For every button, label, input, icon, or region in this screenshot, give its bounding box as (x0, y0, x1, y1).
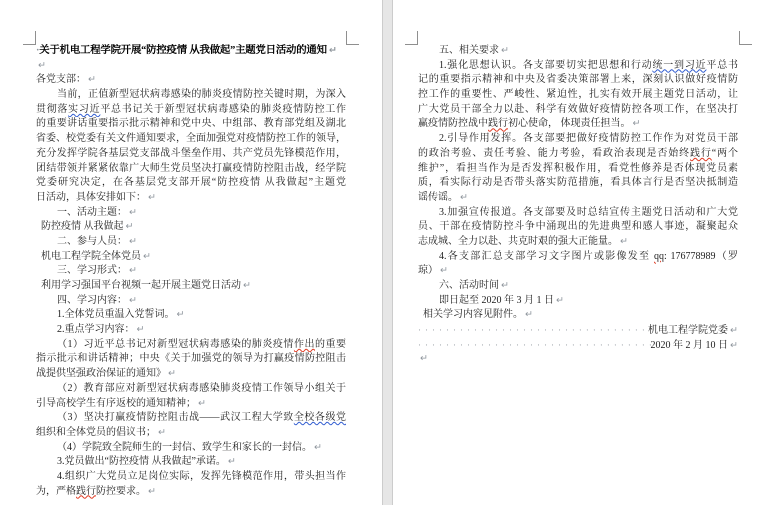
text-line: 指示批示和讲话精神；中央《关于加强党的领导为打赢疫情防控阻击 (36, 352, 346, 367)
text-line: 2.重点学习内容：↵ (36, 323, 346, 338)
text-run: 2020 年 2 月 10 日 (651, 339, 729, 353)
text-line: 的重要讲话重要指示批示精神和党中央、中组部、教育部党组及湖北 (36, 117, 346, 132)
text-run: 五、相关要求 (439, 45, 499, 56)
text-run: : 176778989（罗 (664, 251, 738, 262)
paragraph-mark-icon: ↵ (156, 427, 166, 438)
text-line: 战提供坚强政治保证的通知》↵ (36, 367, 346, 382)
text-line: 4.各支部汇总支部学习文字图片或影像发至 qq: 176778989（罗 (418, 250, 738, 265)
text-run: 广大党员干部全力以赴、科学有效做好疫情防控各项工作，在坚决打 (418, 104, 738, 115)
text-line: 引导高校学生有序返校的通知精神；↵ (36, 397, 346, 412)
margin-crop-mark (405, 31, 418, 45)
text-line: ········································… (418, 323, 738, 338)
text-line: 省委、校党委有关文件通知要求，全面加强党对疫情防控工作的领导， (36, 132, 346, 147)
text-line: 六、活动时间↵ (418, 279, 738, 294)
text-run: 三、学习形式： (57, 265, 127, 276)
text-run: 战提供坚强政治保证的通知》 (36, 368, 166, 379)
text-line: 4.组织广大党员立足岗位实际，发挥先锋模范作用，带头担当作 (36, 470, 346, 485)
text-run: 3.加强宣传报道。各支部要及时总结宣传主题党日活动和广大党 (439, 207, 738, 218)
text-line: 维护”，看担当作为是否发挥积极作用，看党性修养是否体现党员素 (418, 162, 738, 177)
text-line: 各党支部：↵ (36, 73, 346, 88)
text-line: 为，严格践行防控要求。↵ (36, 485, 346, 500)
text-run: 贯彻落 (36, 104, 68, 115)
text-run: 维护”，看担当作为是否发挥积极作用，看党性修养是否体现党员素 (418, 163, 738, 174)
paragraph-mark-icon: ↵ (554, 295, 564, 306)
paragraph-mark-icon: ↵ (127, 265, 137, 276)
text-line: 日活动，具体安排如下：↵ (36, 191, 346, 206)
text-line: 质，看实际行动是否带头落实防范措施，看具体言行是否坚决抵制造 (418, 176, 738, 191)
paragraph-mark-icon: ↵ (618, 236, 628, 247)
document-title: ·关于机电工程学院开展“防控疫情 从我做起”主题党日活动的通知↵ (36, 44, 346, 59)
text-run: 组织和全体党员的倡议书； (36, 427, 156, 438)
spellcheck-underlined-text: 践行 (690, 148, 712, 159)
text-run: 指示批示和讲话精神；中央《关于加强党的领导为打赢疫情防控阻击 (36, 353, 346, 364)
text-run: （2）教育部应对新型冠状病毒感染肺炎疫情工作领导小组关于 (57, 383, 346, 394)
text-line: （1）习近平总书记对新型冠状病毒感染的肺炎疫情作出的重要 (36, 338, 346, 353)
text-line: 五、相关要求↵ (418, 44, 738, 59)
text-run: 机电工程学院党委 (648, 324, 728, 338)
paragraph-mark-icon: ↵ (499, 45, 509, 56)
spellcheck-underlined-text: 践行 (76, 486, 96, 497)
text-line: 记的重要指示精神和中央及省委决策部署上来，深刻认识做好疫情防 (418, 73, 738, 88)
text-run: 4.各支部汇总支部学习文字图片或影像发至 (439, 251, 654, 262)
text-run: （1）习近平总书记对新型冠状病毒感染的肺炎疫情 (57, 339, 294, 350)
text-run: 谣传谣。 (418, 192, 458, 203)
text-line: 组织和全体党员的倡议书；↵ (36, 426, 346, 441)
text-line: 3.党员做出“防控疫情 从我做起”承诺。↵ (36, 455, 346, 470)
text-line: 志成城、全力以赴、共克时艰的强大正能量。↵ (418, 235, 738, 250)
text-line: 相关学习内容见附件。↵ (418, 308, 738, 323)
text-run: 琼） (418, 265, 438, 276)
text-line: 四、学习内容：↵ (36, 294, 346, 309)
text-line: ↵ (418, 352, 738, 367)
text-run: 员、干部在疫情防控斗争中涌现出的先进典型和感人事迹，凝聚起众 (418, 221, 738, 232)
paragraph-mark-icon: ↵ (146, 486, 156, 497)
margin-crop-mark (739, 31, 752, 45)
text-run: 团结带领并紧紧依靠广大师生党员坚决打赢疫情防控阻击战，经学院 (36, 163, 346, 174)
paragraph-mark-icon: ↵ (226, 456, 236, 467)
paragraph-mark-icon: ↵ (631, 118, 641, 129)
margin-crop-mark (346, 31, 359, 45)
text-run: 1.强化思想认识。各支部要切实把思想和行动 (439, 60, 652, 71)
paragraph-mark-icon: ↵ (146, 192, 156, 203)
document-viewer: { "document": { "paragraph_mark": "↵", "… (0, 0, 762, 505)
space-dot-leader: ········································… (418, 338, 651, 353)
paragraph-mark-icon: ↵ (141, 251, 151, 262)
text-line: 的政治考验、责任考验、能力考验，看政治表现是否始终践行“两个 (418, 147, 738, 162)
text-run: 2.引导作用发挥。各支部要把做好疫情防控工作作为对党员干部 (439, 133, 738, 144)
text-run: （4）学院致全院师生的一封信、致学生和家长的一封信。 (57, 442, 312, 453)
text-line: ↵ (36, 59, 346, 74)
text-run: 控工作的重要性、严峻性、紧迫性，扎实有效开展主题党日活动，让 (418, 89, 738, 100)
text-run: 二、参与人员： (57, 236, 127, 247)
spellcheck-underlined-text: 践行 (488, 118, 508, 129)
paragraph-mark-icon: ↵ (166, 368, 176, 379)
text-line: 员、干部在疫情防控斗争中涌现出的先进典型和感人事迹，凝聚起众 (418, 220, 738, 235)
text-line: 2.引导作用发挥。各支部要把做好疫情防控工作作为对党员干部 (418, 132, 738, 147)
text-run: 当前，正值新型冠状病毒感染的肺炎疫情防控关键时期，为深入 (57, 89, 346, 100)
paragraph-mark-icon: ↵ (175, 309, 185, 320)
text-run: 平总书记关于新型冠状病毒感染的肺炎疫情防控工作 (100, 104, 346, 115)
paragraph-mark-icon: ↵ (36, 60, 46, 71)
grammar-underlined-text: 统一到习近 (652, 60, 706, 71)
text-run: 引导高校学生有序返校的通知精神； (36, 398, 196, 409)
text-line: 党委研究决定，在各基层党支部开展“防控疫情 从我做起”主题党 (36, 176, 346, 191)
spellcheck-underlined-text: 作出 (294, 339, 315, 350)
text-line: 团结带领并紧紧依靠广大师生党员坚决打赢疫情防控阻击战，经学院 (36, 162, 346, 177)
paragraph-mark-icon: ↵ (127, 207, 137, 218)
text-run: 为，严格 (36, 486, 76, 497)
grammar-underlined-text: 全校各级党 (294, 412, 346, 423)
text-line: 广大党员干部全力以赴、科学有效做好疫情防控各项工作，在坚决打 (418, 103, 738, 118)
text-run: 各党支部： (36, 74, 86, 85)
text-run: 党委研究决定，在各基层党支部开展“防控疫情 从我做起”主题党 (36, 177, 346, 188)
text-run: 的政治考验、责任考验、能力考验，看政治表现是否始终 (418, 148, 690, 159)
text-run: 四、学习内容： (57, 295, 127, 306)
text-line: 防控疫情 从我做起↵ (36, 220, 346, 235)
text-run: 省委、校党委有关文件通知要求，全面加强党对疫情防控工作的领导， (36, 133, 346, 144)
text-run: 利用学习强国平台视频一起开展主题党日活动 (41, 280, 241, 291)
text-run: 1.全体党员重温入党誓词。 (57, 309, 175, 320)
text-run: 防控要求。 (96, 486, 146, 497)
text-line: 充分发挥学院各基层党支部战斗堡垒作用、共产党员先锋模范作用， (36, 147, 346, 162)
page-1-text-area: ·关于机电工程学院开展“防控疫情 从我做起”主题党日活动的通知↵↵各党支部：↵当… (36, 44, 346, 499)
paragraph-mark-icon: ↵ (523, 309, 533, 320)
text-run: 六、活动时间 (439, 280, 499, 291)
text-run: 相关学习内容见附件。 (423, 309, 523, 320)
paragraph-mark-icon: ↵ (312, 442, 322, 453)
text-line: 谣传谣。↵ (418, 191, 738, 206)
space-dot-leader: ········································… (418, 323, 648, 338)
spellcheck-underlined-text: qq (654, 251, 664, 262)
text-run: 日活动，具体安排如下： (36, 192, 146, 203)
text-run: 充分发挥学院各基层党支部战斗堡垒作用、共产党员先锋模范作用， (36, 148, 346, 159)
paragraph-mark-icon: ↵ (418, 353, 428, 364)
paragraph-mark-icon: ↵ (728, 324, 738, 338)
paragraph-mark-icon: ↵ (499, 280, 509, 291)
paragraph-mark-icon: ↵ (127, 295, 137, 306)
text-run: 平总书 (706, 60, 738, 71)
text-line: 控工作的重要性、严峻性、紧迫性，扎实有效开展主题党日活动，让 (418, 88, 738, 103)
document-page-2: 五、相关要求↵1.强化思想认识。各支部要切实把思想和行动统一到习近平总书记的重要… (393, 0, 762, 505)
text-run: 防控疫情 从我做起 (41, 221, 124, 232)
text-line: （2）教育部应对新型冠状病毒感染肺炎疫情工作领导小组关于 (36, 382, 346, 397)
text-run: 关于机电工程学院开展“防控疫情 从我做起”主题党日活动的通知 (39, 45, 327, 56)
grammar-underlined-text: 实习近 (68, 104, 100, 115)
page-gap-divider (382, 0, 393, 505)
paragraph-mark-icon: ↵ (127, 236, 137, 247)
text-run: 一、活动主题： (57, 207, 127, 218)
text-line: 当前，正值新型冠状病毒感染的肺炎疫情防控关键时期，为深入 (36, 88, 346, 103)
paragraph-mark-icon: ↵ (196, 398, 206, 409)
text-run: 即日起至 2020 年 3 月 1 日 (439, 295, 554, 306)
paragraph-mark-icon: ↵ (728, 339, 738, 353)
text-run: 初心使命， 体现责任担当。 (508, 118, 631, 129)
document-page-1: ·关于机电工程学院开展“防控疫情 从我做起”主题党日活动的通知↵↵各党支部：↵当… (0, 0, 382, 505)
text-run: 机电工程学院全体党员 (41, 251, 141, 262)
text-run: 赢疫情防控战中 (418, 118, 488, 129)
text-line: 琼）↵ (418, 264, 738, 279)
text-line: （4）学院致全院师生的一封信、致学生和家长的一封信。↵ (36, 441, 346, 456)
margin-crop-mark (23, 31, 36, 45)
text-line: ········································… (418, 338, 738, 353)
text-run: 的重要讲话重要指示批示精神和党中央、中组部、教育部党组及湖北 (36, 118, 346, 129)
text-line: 一、活动主题：↵ (36, 206, 346, 221)
text-line: 二、参与人员：↵ (36, 235, 346, 250)
text-line: 利用学习强国平台视频一起开展主题党日活动↵ (36, 279, 346, 294)
text-run: 志成城、全力以赴、共克时艰的强大正能量。 (418, 236, 618, 247)
paragraph-mark-icon: ↵ (86, 74, 96, 85)
text-run: （3）坚决打赢疫情防控阻击战——武汉工程大学致 (57, 412, 294, 423)
text-run: 的重要 (315, 339, 346, 350)
text-run: 4.组织广大党员立足岗位实际，发挥先锋模范作用，带头担当作 (57, 471, 346, 482)
paragraph-mark-icon: ↵ (241, 280, 251, 291)
paragraph-mark-icon: ↵ (438, 265, 448, 276)
text-line: （3）坚决打赢疫情防控阻击战——武汉工程大学致全校各级党 (36, 411, 346, 426)
text-line: 机电工程学院全体党员↵ (36, 250, 346, 265)
text-line: 即日起至 2020 年 3 月 1 日↵ (418, 294, 738, 309)
text-line: 3.加强宣传报道。各支部要及时总结宣传主题党日活动和广大党 (418, 206, 738, 221)
text-run: 2.重点学习内容： (57, 324, 135, 335)
paragraph-mark-icon: ↵ (458, 192, 468, 203)
paragraph-mark-icon: ↵ (135, 324, 145, 335)
text-run: 记的重要指示精神和中央及省委决策部署上来，深刻认识做好疫情防 (418, 74, 738, 85)
text-run: 质，看实际行动是否带头落实防范措施，看具体言行是否坚决抵制造 (418, 177, 738, 188)
text-line: 贯彻落实习近平总书记关于新型冠状病毒感染的肺炎疫情防控工作 (36, 103, 346, 118)
text-line: 1.强化思想认识。各支部要切实把思想和行动统一到习近平总书 (418, 59, 738, 74)
text-run: 3.党员做出“防控疫情 从我做起”承诺。 (57, 456, 226, 467)
text-line: 三、学习形式：↵ (36, 264, 346, 279)
paragraph-mark-icon: ↵ (124, 221, 134, 232)
text-line: 赢疫情防控战中践行初心使命， 体现责任担当。↵ (418, 117, 738, 132)
text-line: 1.全体党员重温入党誓词。↵ (36, 308, 346, 323)
page-2-text-area: 五、相关要求↵1.强化思想认识。各支部要切实把思想和行动统一到习近平总书记的重要… (418, 44, 738, 367)
text-run: “两个 (712, 148, 738, 159)
paragraph-mark-icon: ↵ (327, 45, 337, 56)
